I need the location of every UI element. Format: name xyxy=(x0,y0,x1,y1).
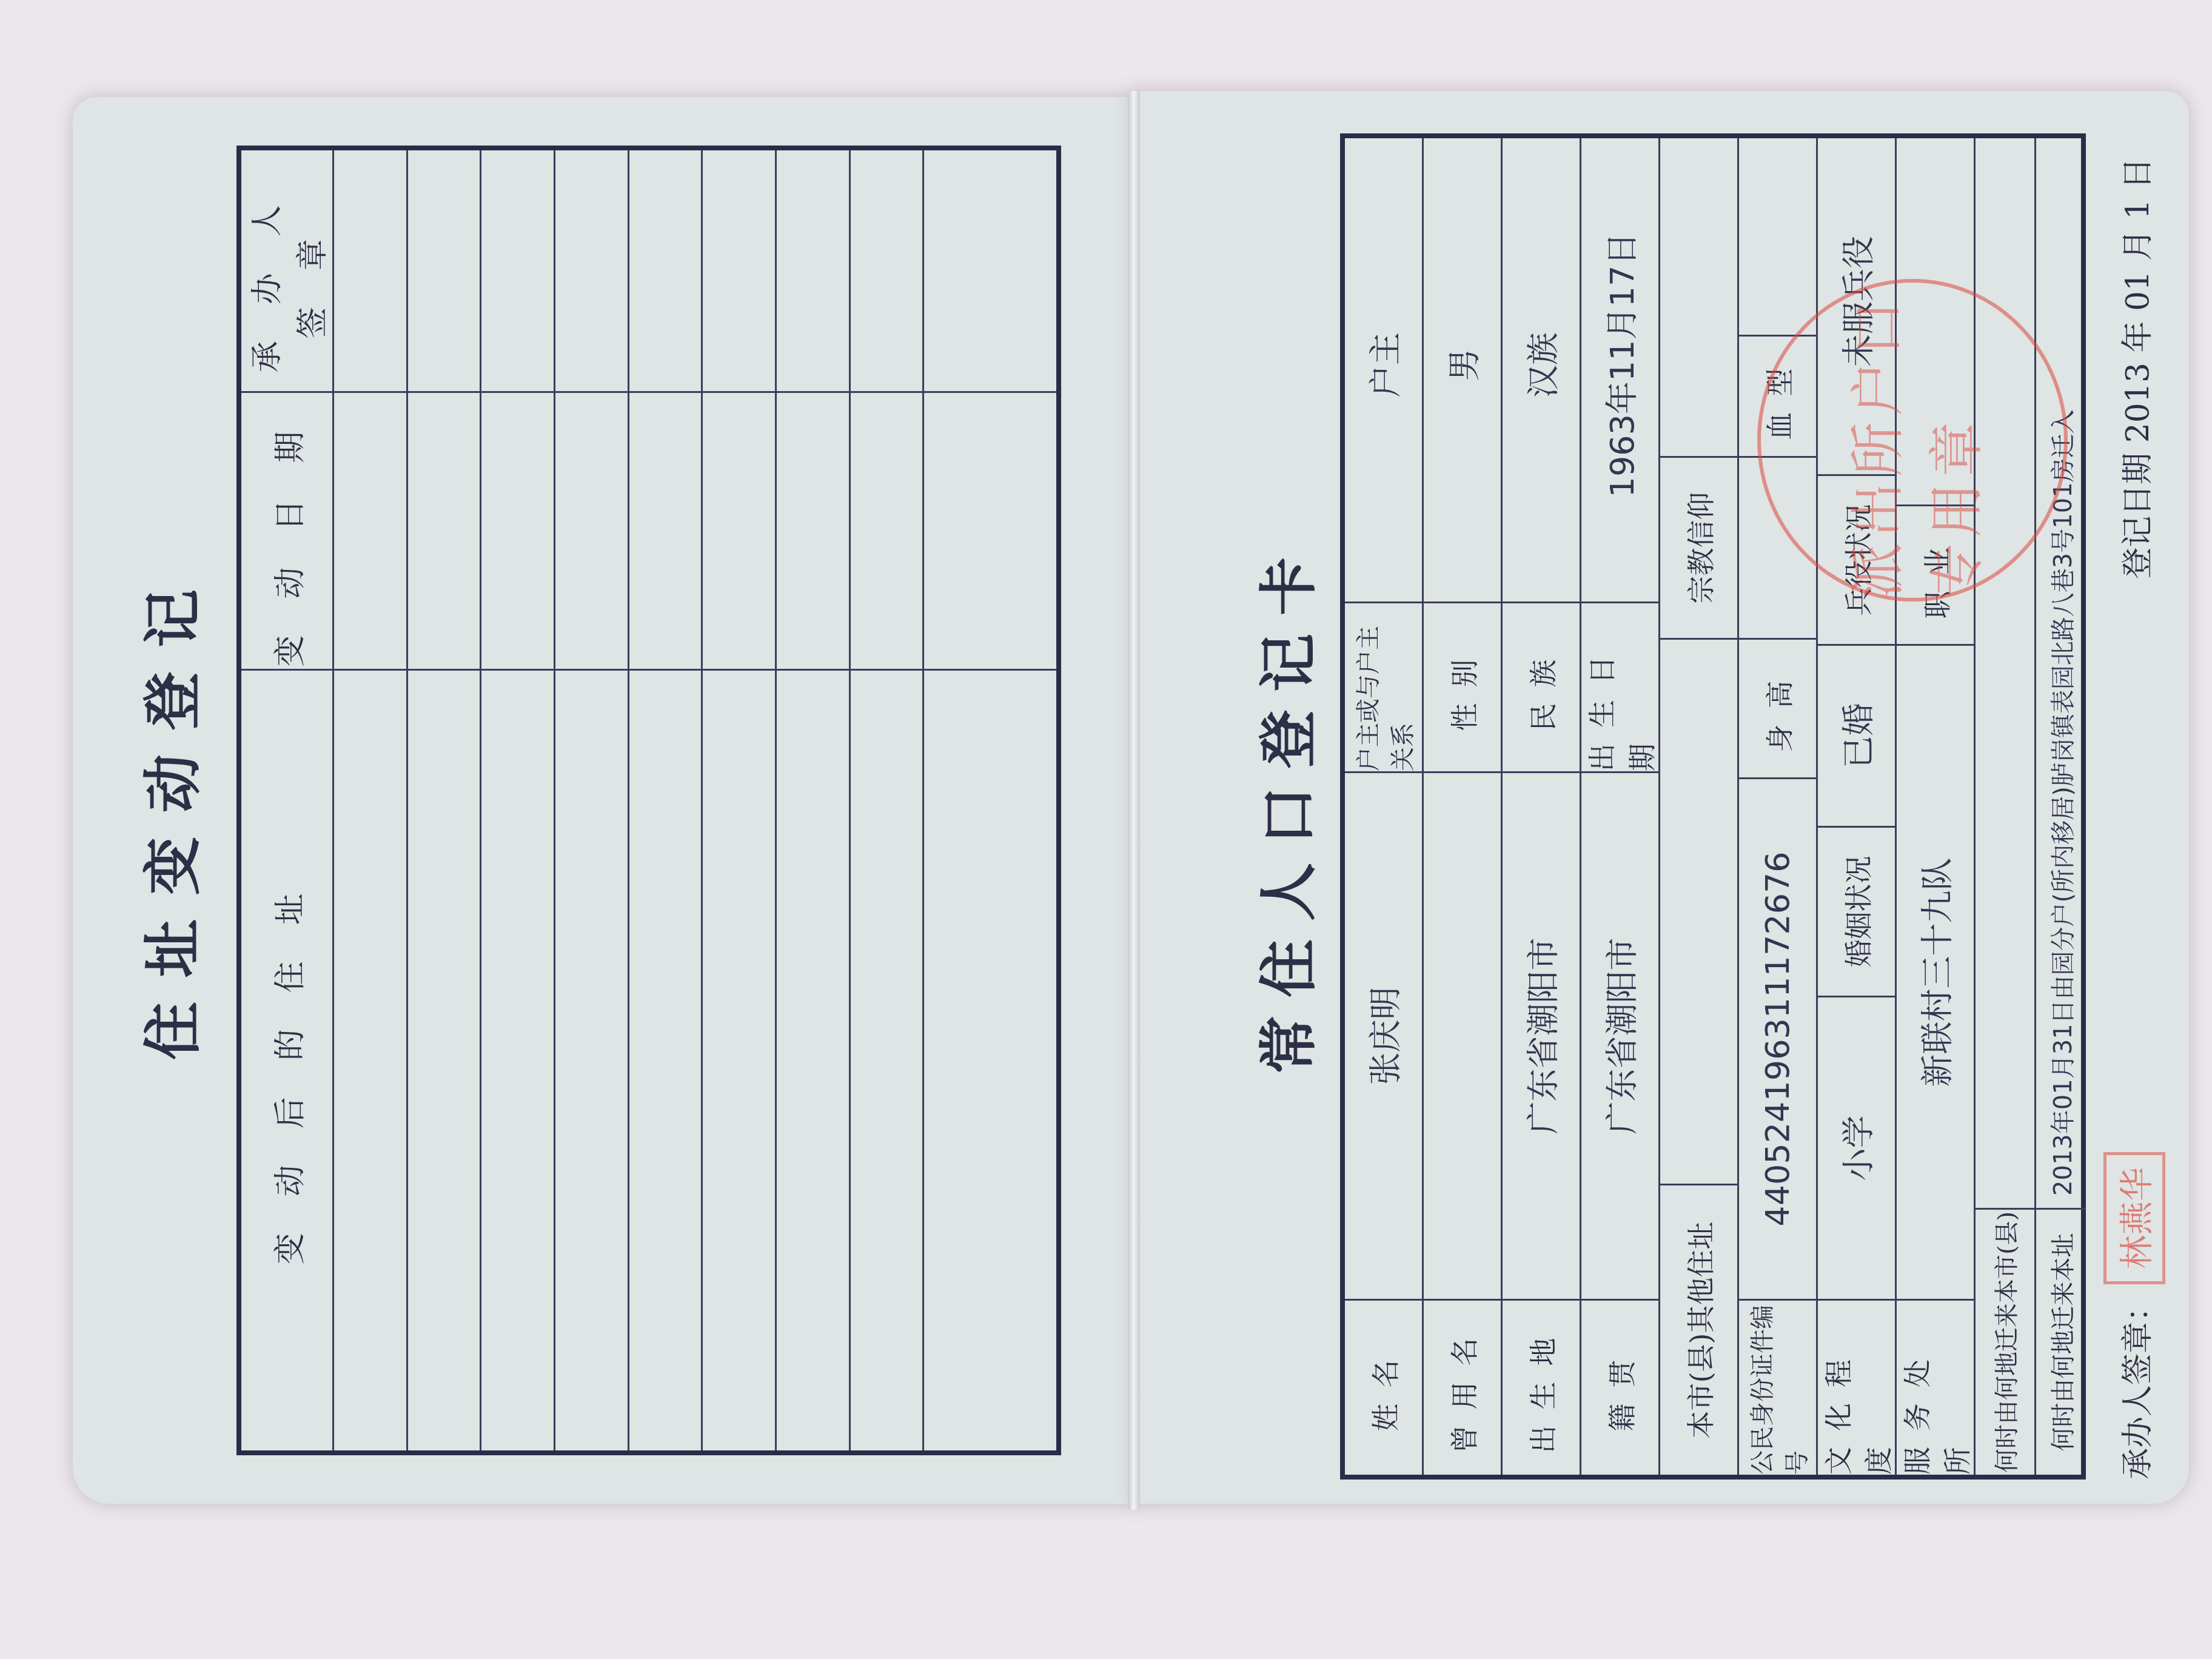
reg-year: 2013 xyxy=(2120,363,2156,443)
label-birth-date: 出生日期 xyxy=(1581,602,1658,771)
reg-date-label: 登记日期 xyxy=(2120,453,2156,579)
row-birthplace: 出生地 广东省潮阳市 民族 汉族 xyxy=(1503,138,1581,1475)
table-row xyxy=(702,148,776,1453)
address-change-table: 变动后的住址 变动日期 承办人签章 xyxy=(236,146,1061,1455)
label-height: 身高 xyxy=(1739,638,1816,777)
value-birthplace: 广东省潮阳市 xyxy=(1503,771,1580,1299)
label-former-name: 曾用名 xyxy=(1424,1299,1501,1475)
value-other-address xyxy=(1660,638,1737,1184)
reg-month-unit: 月 xyxy=(2120,229,2156,261)
value-birth-date: 1963年11月17日 xyxy=(1581,129,1658,602)
label-education: 文化程度 xyxy=(1818,1299,1895,1475)
table-row xyxy=(481,148,555,1453)
value-former-name xyxy=(1424,771,1501,1299)
label-sex: 性别 xyxy=(1424,602,1501,771)
label-birthplace: 出生地 xyxy=(1503,1299,1580,1475)
table-row xyxy=(333,148,407,1453)
row-other-address: 本市(县)其他住址 宗教信仰 xyxy=(1660,138,1739,1475)
value-name: 张庆明 xyxy=(1345,771,1422,1299)
label-religion: 宗教信仰 xyxy=(1660,456,1737,638)
registration-date: 登记日期 2013 年 01 月 1 日 xyxy=(2112,158,2157,579)
table-row xyxy=(628,148,702,1453)
label-moved-address: 何时由何地迁来本址 xyxy=(2036,1208,2086,1475)
reg-year-unit: 年 xyxy=(2120,321,2156,352)
label-moved-city: 何时由何地迁来本市(县) xyxy=(1976,1208,2034,1475)
table-row xyxy=(555,148,629,1453)
label-workplace: 服务处所 xyxy=(1897,1299,1974,1475)
label-relation: 户主或与户主关系 xyxy=(1345,602,1422,771)
value-native-place: 广东省潮阳市 xyxy=(1581,771,1658,1299)
page-title: 常住人口登记卡 xyxy=(1237,133,1340,1480)
row-former-name: 曾用名 性别 男 xyxy=(1424,138,1503,1475)
label-other-address: 本市(县)其他住址 xyxy=(1660,1184,1737,1475)
label-id-number: 公民身份证件编号 xyxy=(1739,1299,1816,1475)
value-moved-address: 2013年01月31日由园分户(所内移居)胪岗镇表园北路八巷3号101房迁入 xyxy=(2036,129,2086,1208)
row-native-place: 籍贯 广东省潮阳市 出生日期 1963年11月17日 xyxy=(1581,138,1660,1475)
value-blood-type xyxy=(1739,129,1816,335)
officer-name-stamp: 林燕华 xyxy=(2103,1152,2165,1284)
registration-card: 姓名 张庆明 户主或与户主关系 户主 曾用名 性别 男 出生地 广东省潮阳市 民… xyxy=(1340,133,2086,1480)
column-header: 变动后的住址 xyxy=(239,670,333,1453)
booklet-spine xyxy=(1128,91,1140,1510)
registration-card-section: 常住人口登记卡 姓名 张庆明 户主或与户主关系 户主 曾用名 性别 男 出生地 … xyxy=(1237,133,2183,1480)
label-native-place: 籍贯 xyxy=(1581,1299,1658,1475)
row-moved-address: 何时由何地迁来本址 2013年01月31日由园分户(所内移居)胪岗镇表园北路八巷… xyxy=(2036,138,2086,1475)
label-marital: 婚姻状况 xyxy=(1818,826,1895,996)
value-id-number: 440524196311172676 xyxy=(1739,777,1816,1299)
reg-month: 01 xyxy=(2120,271,2156,311)
value-education: 小学 xyxy=(1818,996,1895,1299)
value-relation: 户主 xyxy=(1345,129,1422,602)
address-change-section: 住址变动登记 变动后的住址 变动日期 承办人签章 xyxy=(121,146,1067,1480)
table-row xyxy=(407,148,481,1453)
table-row xyxy=(776,148,850,1453)
table-row xyxy=(850,148,923,1453)
label-ethnicity: 民族 xyxy=(1503,602,1580,771)
official-seal-stamp: 派出所户口专用章 xyxy=(1757,279,2068,602)
column-header: 承办人签章 xyxy=(239,148,333,392)
value-marital: 已婚 xyxy=(1818,644,1895,826)
column-header: 变动日期 xyxy=(239,392,333,670)
value-sex: 男 xyxy=(1424,129,1501,602)
value-workplace: 新联村三十九队 xyxy=(1897,644,1974,1299)
value-religion xyxy=(1660,129,1737,456)
reg-day: 1 xyxy=(2120,199,2156,220)
row-name: 姓名 张庆明 户主或与户主关系 户主 xyxy=(1345,138,1424,1475)
table-row xyxy=(923,148,1059,1453)
footer: 承办人签章： 林燕华 登记日期 2013 年 01 月 1 日 xyxy=(2098,133,2171,1480)
officer-signature-label: 承办人签章： xyxy=(2112,1290,2157,1480)
value-ethnicity: 汉族 xyxy=(1503,129,1580,602)
reg-day-unit: 日 xyxy=(2120,158,2156,189)
page-title: 住址变动登记 xyxy=(121,146,224,1480)
label-name: 姓名 xyxy=(1345,1299,1422,1475)
